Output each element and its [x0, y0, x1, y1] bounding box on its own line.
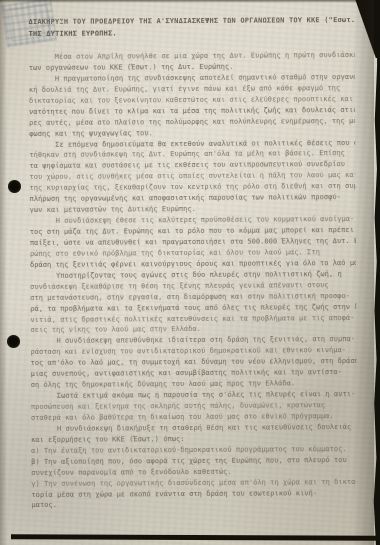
photo-edge-shadow — [0, 0, 7, 545]
text-line: ράσταση και ενίσχυση του αντιδικτατορικο… — [31, 345, 357, 358]
document-title-line: ΔΙΑΚΗΡΥΞΗ ΤΟΥ ΠΡΟΕΔΡΕΙΟΥ ΤΗΣ Α'ΣΥΝΔΙΑΣΚΕ… — [28, 15, 354, 28]
text-line: ρες αυτές, μέσα στο πλαίσιο της πολύμορφ… — [29, 116, 355, 129]
punch-hole — [8, 180, 21, 193]
text-line: Μέσα στον Απρίλη συνήλθε σε μια χώρα της… — [29, 50, 355, 63]
text-line: γ) Την συνένωση της οργανωτικής διασύνδε… — [31, 477, 357, 490]
text-line: Η συνδιάσκεψη έθεσε τις καλύτερες προϋπο… — [30, 214, 356, 227]
text-line: της κυριαρχίας της, ξεκαθαρίζουν τον κεν… — [30, 181, 356, 194]
text-line: α) Την ένταξη του αντιδικτατορικού-δημοκ… — [31, 444, 357, 457]
text-line: δικτατορίας και του ξενοκίνητου καθεστώτ… — [29, 94, 355, 107]
photo-edge-top — [0, 0, 380, 3]
text-line: ματος. — [31, 498, 357, 511]
text-line: ση όλης της δημοκρατικής δύναμης του λαο… — [31, 378, 357, 391]
text-body: ΔΙΑΚΗΡΥΞΗ ΤΟΥ ΠΡΟΕΔΡΕΙΟΥ ΤΗΣ Α'ΣΥΝΔΙΑΣΚΕ… — [28, 15, 357, 511]
punch-hole — [7, 335, 20, 348]
document-title-line: ΤΗΣ ΔΥΤΙΚΗΣ ΕΥΡΩΠΗΣ. — [29, 27, 355, 40]
photographed-document: ΔΙΑΚΗΡΥΞΗ ΤΟΥ ΠΡΟΕΔΡΕΙΟΥ ΤΗΣ Α'ΣΥΝΔΙΑΣΚΕ… — [0, 0, 380, 545]
text-line: στη μετανάστευση, στην εργασία, στη διαμ… — [30, 291, 356, 304]
text-line: ρώπης στο εθνικό πρόβλημα της δικτατορία… — [30, 247, 356, 260]
text-line: Η συνδιάσκεψη διακήρυξε τη σταθερή θέση … — [31, 422, 357, 435]
photo-edge-shadow — [352, 0, 374, 545]
